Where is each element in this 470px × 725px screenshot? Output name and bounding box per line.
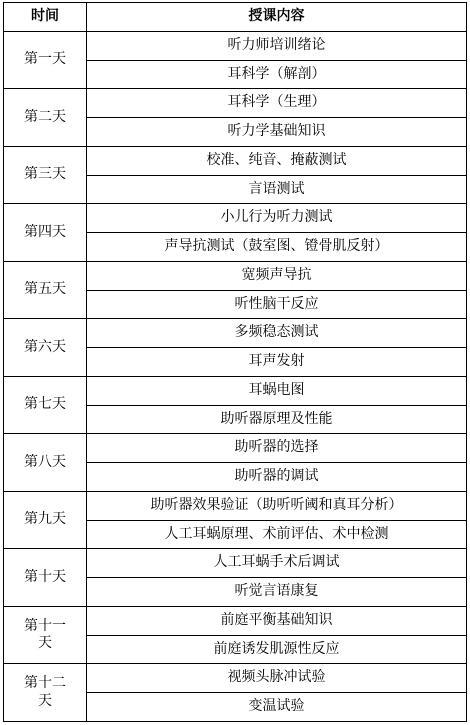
table-row: 第四天 小儿行为听力测试 [4,204,467,233]
day-cell-6: 第六天 [4,319,87,377]
content-cell: 言语测试 [87,175,467,204]
content-cell: 助听器效果验证（助听听阈和真耳分析） [87,491,467,520]
content-cell: 变温试验 [87,693,467,722]
content-cell: 耳科学（解剖） [87,60,467,89]
content-cell: 多频稳态测试 [87,319,467,348]
table-row: 第十一 天 前庭平衡基础知识 [4,606,467,635]
table-row: 第三天 校准、纯音、掩蔽测试 [4,146,467,175]
content-cell: 耳声发射 [87,348,467,377]
day-cell-2: 第二天 [4,89,87,147]
table-row: 第六天 多频稳态测试 [4,319,467,348]
content-cell: 听力师培训绪论 [87,31,467,60]
content-cell: 前庭诱发肌源性反应 [87,635,467,664]
content-cell: 助听器原理及性能 [87,405,467,434]
day-cell-10: 第十天 [4,549,87,607]
page: 时间 授课内容 第一天 听力师培训绪论 耳科学（解剖） 第二天 耳科学（生理） … [0,0,470,725]
header-cell-content: 授课内容 [87,3,467,32]
header-row: 时间 授课内容 [4,3,467,32]
day-cell-3: 第三天 [4,146,87,204]
day-cell-4: 第四天 [4,204,87,262]
table-row: 第十二 天 视频头脉冲试验 [4,664,467,693]
content-cell: 前庭平衡基础知识 [87,606,467,635]
day-cell-5: 第五天 [4,261,87,319]
schedule-table: 时间 授课内容 第一天 听力师培训绪论 耳科学（解剖） 第二天 耳科学（生理） … [3,2,467,722]
day-cell-9: 第九天 [4,491,87,549]
content-cell: 听觉言语康复 [87,578,467,607]
table-row: 第七天 耳蜗电图 [4,376,467,405]
table-row: 第九天 助听器效果验证（助听听阈和真耳分析） [4,491,467,520]
content-cell: 人工耳蜗原理、术前评估、术中检测 [87,520,467,549]
content-cell: 耳蜗电图 [87,376,467,405]
table-row: 第二天 耳科学（生理） [4,89,467,118]
content-cell: 宽频声导抗 [87,261,467,290]
header-cell-time: 时间 [4,3,87,32]
content-cell: 听力学基础知识 [87,118,467,147]
content-cell: 听性脑干反应 [87,290,467,319]
content-cell: 耳科学（生理） [87,89,467,118]
day-cell-11: 第十一 天 [4,606,87,664]
content-cell: 小儿行为听力测试 [87,204,467,233]
day-cell-1: 第一天 [4,31,87,89]
content-cell: 校准、纯音、掩蔽测试 [87,146,467,175]
day-cell-7: 第七天 [4,376,87,434]
content-cell: 视频头脉冲试验 [87,664,467,693]
content-cell: 助听器的调试 [87,463,467,492]
table-row: 第五天 宽频声导抗 [4,261,467,290]
content-cell: 助听器的选择 [87,434,467,463]
content-cell: 声导抗测试（鼓室图、镫骨肌反射） [87,233,467,262]
content-cell: 人工耳蜗手术后调试 [87,549,467,578]
day-cell-12: 第十二 天 [4,664,87,722]
day-cell-8: 第八天 [4,434,87,492]
table-row: 第一天 听力师培训绪论 [4,31,467,60]
table-row: 第十天 人工耳蜗手术后调试 [4,549,467,578]
table-row: 第八天 助听器的选择 [4,434,467,463]
